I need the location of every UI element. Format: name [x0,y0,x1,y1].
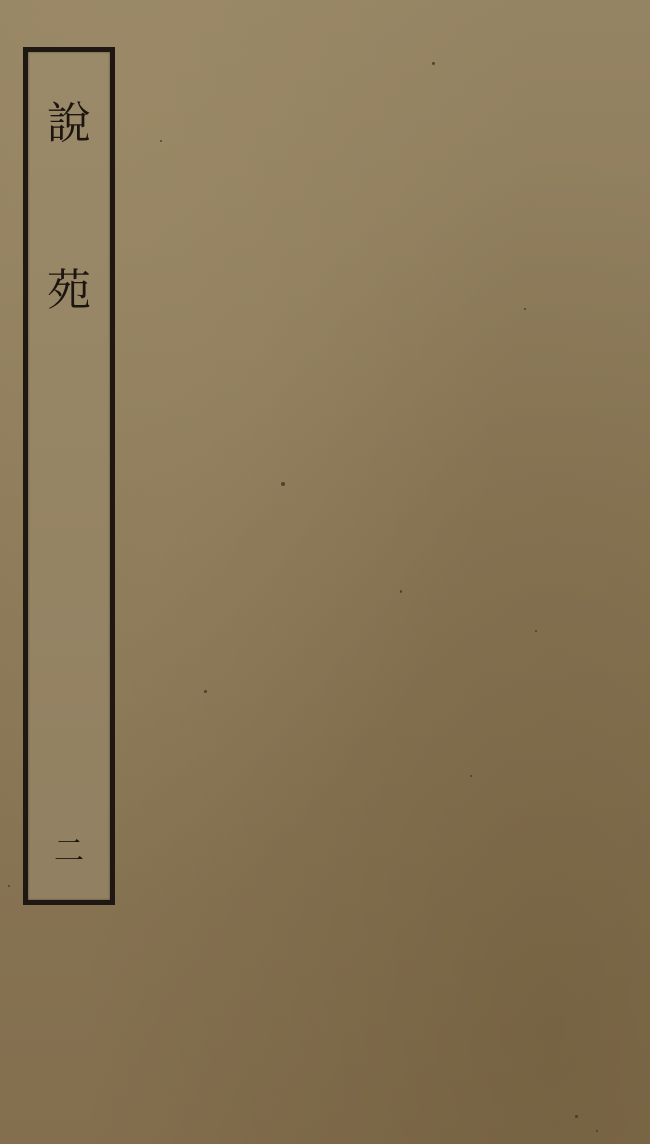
paper-speck [470,775,472,777]
paper-speck [8,885,10,887]
paper-speck [432,62,435,65]
paper-speck [204,690,207,693]
paper-speck [596,1130,598,1132]
paper-speck [535,630,537,632]
title-char-shuo: 說 [28,100,110,148]
paper-speck [400,590,402,593]
book-cover: 說 苑 二 [0,0,650,1144]
paper-speck [281,482,285,486]
title-slip: 說 苑 二 [23,47,115,905]
volume-number: 二 [28,832,110,872]
paper-speck [575,1115,578,1118]
paper-speck [524,308,526,310]
paper-speck [160,140,162,142]
title-char-yuan: 苑 [28,267,110,315]
